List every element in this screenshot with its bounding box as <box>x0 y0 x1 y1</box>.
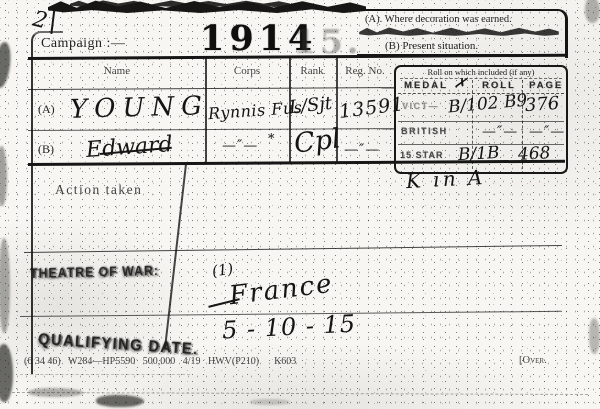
header-page: PAGE <box>529 80 563 91</box>
ink-blob <box>585 0 600 23</box>
card-bottom-edge-faint <box>20 374 190 375</box>
medal-row-star-roll: B/1B <box>458 143 501 165</box>
medal-row-star-page: 468 <box>517 143 550 165</box>
row-b-corps-note: * <box>268 132 275 147</box>
ink-blob <box>0 41 13 89</box>
medal-row-british: BRITISH <box>401 126 448 136</box>
card-bottom-edge <box>12 392 588 395</box>
header-roll: ROLL <box>482 80 516 91</box>
over-label: [Over. <box>519 355 547 366</box>
medal-row-victory-roll: B/102 B9 <box>447 91 528 118</box>
medal-row-british-page: —″— <box>529 124 565 140</box>
medal-roll-box: Roll on which included (if any) MEDAL ✗ … <box>394 65 568 174</box>
theatre-number: (1) <box>211 260 235 281</box>
ink-blob <box>589 318 600 354</box>
roll-span-header: Roll on which included (if any) <box>400 67 562 79</box>
row-a-bottom-line <box>28 128 396 131</box>
header-rank: Rank <box>293 65 331 77</box>
situation-box: (A). Where decoration was earned. (B) Pr… <box>357 9 568 58</box>
medal-row-line <box>398 121 564 122</box>
situation-line-b: (B) Present situation. <box>385 40 478 52</box>
header-corps: Corps <box>225 65 269 77</box>
medal-row-star: 15 STAR <box>400 150 443 160</box>
killed-in-action-note: K in A <box>405 165 486 193</box>
row-a-label: (A) <box>38 102 55 117</box>
ink-blob <box>0 146 7 206</box>
row-a-rank: L/Sjt <box>288 93 333 118</box>
medal-index-card: 2 Campaign :— 1914 15. (A). Where decora… <box>0 0 600 409</box>
mid-rule-1 <box>24 245 562 253</box>
row-b-rank: Cpl <box>292 123 342 159</box>
section-divider-vertical <box>164 164 187 348</box>
card-border-left <box>31 31 63 374</box>
row-a-name: YOUNG <box>70 91 210 125</box>
qualifying-date-value: 5 - 10 - 15 <box>221 310 356 345</box>
theatre-value: France <box>228 269 336 312</box>
ink-blob <box>250 399 290 405</box>
row-b-label: (B) <box>38 142 54 157</box>
campaign-label: Campaign :— <box>41 36 125 52</box>
corner-mark-stroke <box>50 7 55 34</box>
header-reg-no: Reg. No. <box>338 65 392 77</box>
header-medal: MEDAL <box>404 80 448 91</box>
ink-blob <box>0 238 10 333</box>
theatre-of-war-stamp: THEATRE OF WAR: <box>30 263 159 281</box>
header-bottom-line <box>28 87 396 90</box>
stamp-smudge-band <box>359 27 559 36</box>
medal-row-victory: VICT— <box>402 101 439 111</box>
row-b-reg-no: —″— <box>344 142 380 158</box>
header-name: Name <box>95 65 139 77</box>
medal-row-victory-page: 376 <box>524 93 560 116</box>
row-b-corps: —″— <box>222 138 258 154</box>
print-code: (6 34 46) W284—HP5590 500,000 4/19 HWV(P… <box>24 356 296 367</box>
medal-header-check-mark: ✗ <box>453 73 469 93</box>
action-taken-label: Action taken <box>55 182 142 198</box>
ink-blob <box>0 344 13 402</box>
medal-row-british-roll: —″— <box>482 124 518 140</box>
ink-blob <box>96 395 144 407</box>
situation-line-a: (A). Where decoration was earned. <box>365 14 512 25</box>
